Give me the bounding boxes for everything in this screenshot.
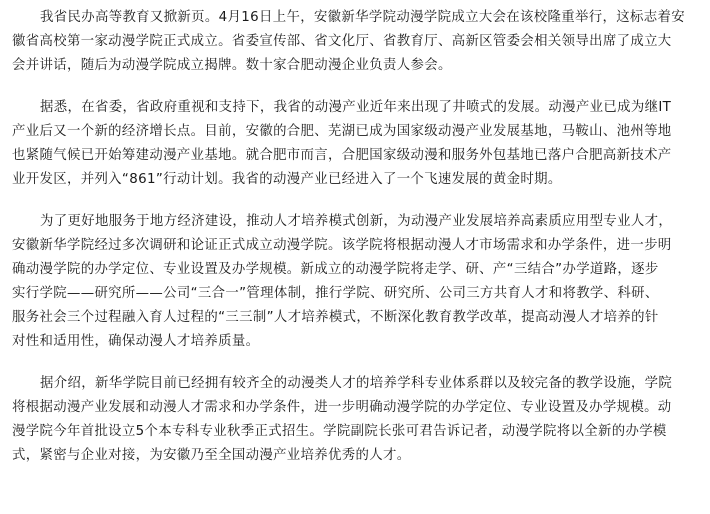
- text-line: 为了更好地服务于地方经济建设，推动人才培养模式创新，为动漫产业发展培养高素质应用…: [12, 210, 702, 234]
- news-article: 我省民办高等教育又掀新页。4月16日上午，安徽新华学院动漫学院成立大会在该校隆重…: [12, 6, 702, 486]
- text-line: 将根据动漫产业发展和动漫人才需求和办学条件，进一步明确动漫学院的办学定位、专业设…: [12, 396, 702, 420]
- text-line: 会并讲话，随后为动漫学院成立揭牌。数十家合肥动漫企业负责人参会。: [12, 54, 702, 78]
- text-line: 据悉，在省委，省政府重视和支持下，我省的动漫产业近年来出现了井喷式的发展。动漫产…: [12, 96, 702, 120]
- text-line: 我省民办高等教育又掀新页。4月16日上午，安徽新华学院动漫学院成立大会在该校隆重…: [12, 6, 702, 30]
- text-line: 漫学院今年首批设立5个本专科专业秋季正式招生。学院副院长张可君告诉记者，动漫学院…: [12, 420, 702, 444]
- text-line: 确动漫学院的办学定位、专业设置及办学规模。新成立的动漫学院将走学、研、产“三结合…: [12, 258, 702, 282]
- paragraph-4: 据介绍，新华学院目前已经拥有较齐全的动漫类人才的培养学科专业体系群以及较完备的教…: [12, 372, 702, 468]
- text-line: 据介绍，新华学院目前已经拥有较齐全的动漫类人才的培养学科专业体系群以及较完备的教…: [12, 372, 702, 396]
- text-line: 也紧随气候已开始筹建动漫产业基地。就合肥市而言，合肥国家级动漫和服务外包基地已落…: [12, 144, 702, 168]
- text-line: 业开发区，并列入“861”行动计划。我省的动漫产业已经进入了一个飞速发展的黄金时…: [12, 168, 702, 192]
- text-line: 对性和适用性，确保动漫人才培养质量。: [12, 330, 702, 354]
- paragraph-3: 为了更好地服务于地方经济建设，推动人才培养模式创新，为动漫产业发展培养高素质应用…: [12, 210, 702, 354]
- text-line: 产业后又一个新的经济增长点。目前，安徽的合肥、芜湖已成为国家级动漫产业发展基地，…: [12, 120, 702, 144]
- text-line: 徽省高校第一家动漫学院正式成立。省委宣传部、省文化厅、省教育厅、高新区管委会相关…: [12, 30, 702, 54]
- text-line: 实行学院——研究所——公司“三合一”管理体制，推行学院、研究所、公司三方共育人才…: [12, 282, 702, 306]
- paragraph-2: 据悉，在省委，省政府重视和支持下，我省的动漫产业近年来出现了井喷式的发展。动漫产…: [12, 96, 702, 192]
- text-line: 安徽新华学院经过多次调研和论证正式成立动漫学院。该学院将根据动漫人才市场需求和办…: [12, 234, 702, 258]
- paragraph-1: 我省民办高等教育又掀新页。4月16日上午，安徽新华学院动漫学院成立大会在该校隆重…: [12, 6, 702, 78]
- text-line: 服务社会三个过程融入育人过程的“三三制”人才培养模式，不断深化教育教学改革，提高…: [12, 306, 702, 330]
- text-line: 式，紧密与企业对接，为安徽乃至全国动漫产业培养优秀的人才。: [12, 444, 702, 468]
